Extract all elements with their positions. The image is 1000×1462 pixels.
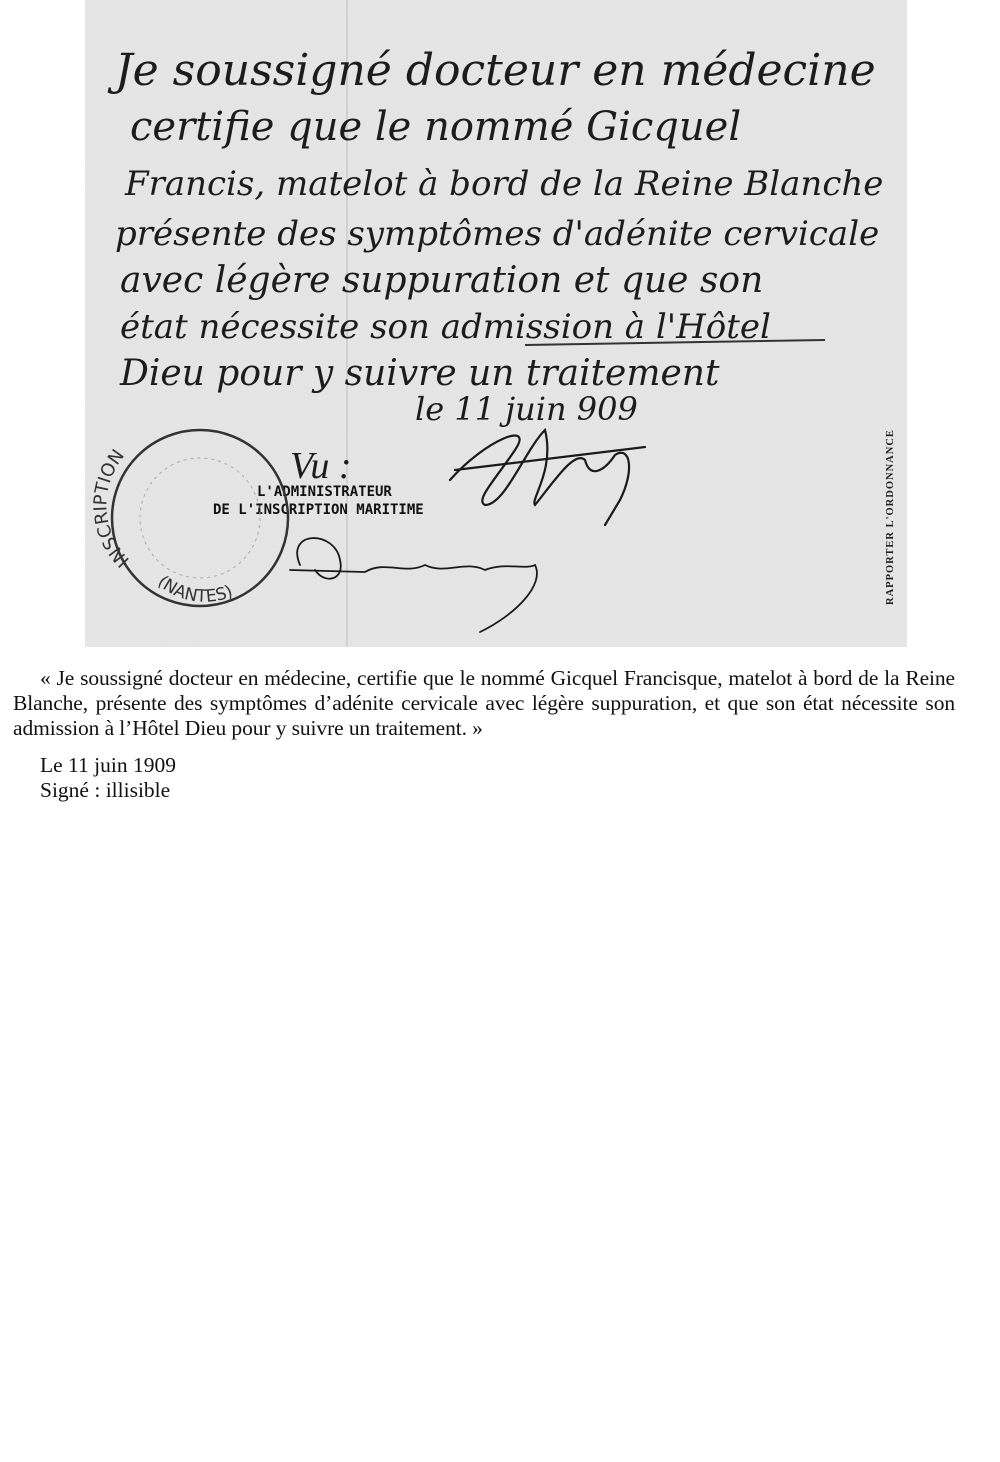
certificate-scan-image: Je soussigné docteur en médecine certifi… xyxy=(85,0,907,647)
svg-text:le 11 juin 909: le 11 juin 909 xyxy=(415,390,638,428)
certificate-signature-note: Signé : illisible xyxy=(40,778,170,803)
svg-text:Je soussigné docteur en médeci: Je soussigné docteur en médecine xyxy=(107,45,876,96)
svg-text:certifie que le nommé Gicquel: certifie que le nommé Gicquel xyxy=(130,104,741,150)
svg-text:Dieu pour y suivre un traiteme: Dieu pour y suivre un traitement xyxy=(119,353,720,394)
margin-print-rapporter-ordonnance: RAPPORTER L'ORDONNANCE xyxy=(885,429,896,605)
administrator-stamp-line-1: L'ADMINISTRATEUR xyxy=(257,484,392,500)
svg-text:Francis, matelot à bord de la: Francis, matelot à bord de la Reine Blan… xyxy=(124,164,883,204)
svg-text:présente des symptômes d'adéni: présente des symptômes d'adénite cervica… xyxy=(115,214,879,254)
vu-label: Vu : xyxy=(290,445,352,487)
svg-text:avec légère suppuration et que: avec légère suppuration et que son xyxy=(120,260,763,301)
certificate-date: Le 11 juin 1909 xyxy=(40,753,176,778)
svg-text:état nécessite son admission à: état nécessite son admission à l'Hôtel xyxy=(120,307,771,347)
certificate-transcription-quote: « Je soussigné docteur en médecine, cert… xyxy=(13,666,955,741)
administrator-stamp-line-2: DE L'INSCRIPTION MARITIME xyxy=(213,502,424,518)
